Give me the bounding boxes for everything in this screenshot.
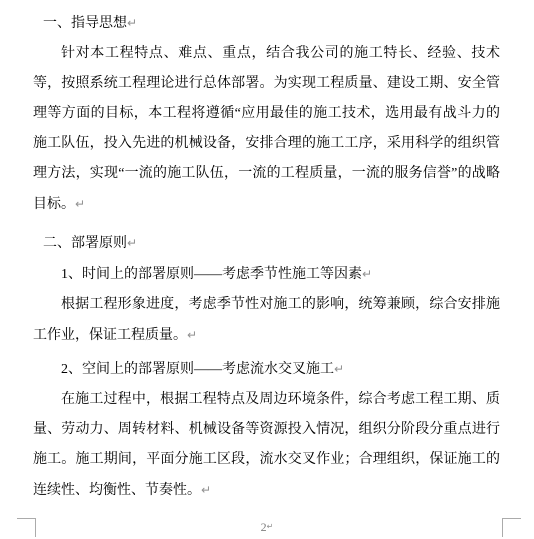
- heading-2: 二、部署原则↵: [33, 228, 500, 259]
- page-number: 2↵: [0, 520, 534, 534]
- subheading-text: 2、空间上的部署原则——考虑流水交叉施工: [61, 362, 334, 377]
- paragraph-mark-icon: ↵: [362, 267, 372, 281]
- subheading-space-principle: 2、空间上的部署原则——考虑流水交叉施工↵: [33, 354, 500, 385]
- paragraph-mark-icon: ↵: [267, 522, 274, 531]
- paragraph-mark-icon: ↵: [334, 362, 344, 376]
- paragraph-mark-icon: ↵: [127, 16, 137, 30]
- paragraph-mark-icon: ↵: [127, 236, 137, 250]
- paragraph-time-principle: 根据工程形象进度，考虑季节性对施工的影响，统筹兼顾，综合安排施工作业，保证工程质…: [33, 290, 500, 351]
- heading-2-text: 二、部署原则: [43, 236, 127, 251]
- paragraph-guiding-ideology: 针对本工程特点、难点、重点，结合我公司的施工特长、经验、技术等，按照系统工程理论…: [33, 39, 500, 220]
- heading-1: 一、指导思想↵: [33, 8, 500, 39]
- paragraph-mark-icon: ↵: [201, 483, 211, 497]
- document-page: 一、指导思想↵ 针对本工程特点、难点、重点，结合我公司的施工特长、经验、技术等，…: [0, 0, 534, 539]
- paragraph-text: 针对本工程特点、难点、重点，结合我公司的施工特长、经验、技术等，按照系统工程理论…: [33, 46, 500, 212]
- paragraph-text: 根据工程形象进度，考虑季节性对施工的影响，统筹兼顾，综合安排施工作业，保证工程质…: [33, 297, 500, 343]
- subheading-time-principle: 1、时间上的部署原则——考虑季节性施工等因素↵: [33, 259, 500, 290]
- document-body-text: 一、指导思想↵ 针对本工程特点、难点、重点，结合我公司的施工特长、经验、技术等，…: [33, 8, 500, 506]
- paragraph-mark-icon: ↵: [75, 197, 85, 211]
- paragraph-space-principle: 在施工过程中，根据工程特点及周边环境条件，综合考虑工程工期、质量、劳动力、周转材…: [33, 385, 500, 506]
- paragraph-text: 在施工过程中，根据工程特点及周边环境条件，综合考虑工程工期、质量、劳动力、周转材…: [33, 392, 500, 498]
- subheading-text: 1、时间上的部署原则——考虑季节性施工等因素: [61, 267, 362, 282]
- heading-1-text: 一、指导思想: [43, 16, 127, 31]
- paragraph-mark-icon: ↵: [187, 328, 197, 342]
